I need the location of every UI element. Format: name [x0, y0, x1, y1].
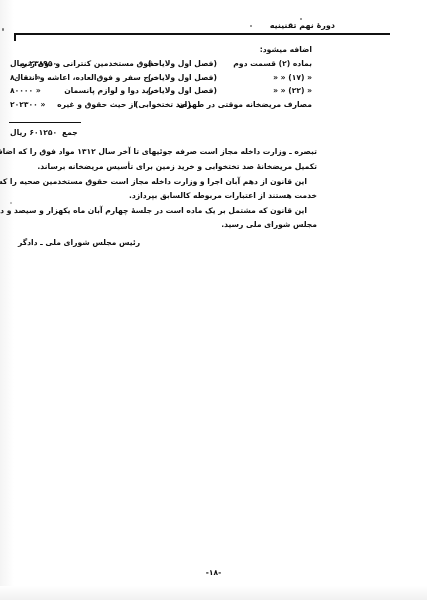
paragraph-line: این قانون که مشتمل بر یک ماده است در جلس… [0, 206, 307, 216]
running-title: دورهٔ نهم تقنینیه [270, 21, 335, 30]
paragraph-line: تبصره ـ وزارت داخله مجاز است صرفه جوئیها… [0, 147, 317, 157]
paragraph-line: تکمیل مریضخانهٔ صد تختخوابی و خرید زمین … [37, 162, 317, 172]
item-prefix: « (۱۷) « « [273, 73, 312, 83]
item-amount: « ۸۰۰۰۰ [10, 73, 41, 83]
sum-rule [9, 122, 81, 123]
item-amount: « ۸۰۰۰۰ [10, 86, 41, 96]
item-prefix: مصارف مریضخانه موقتی در طهران [178, 100, 312, 110]
total-label: جمع [62, 128, 78, 138]
paragraph-line: مجلس شورای ملی رسید. [221, 220, 317, 230]
scan-bottom-shadow [0, 586, 427, 600]
paragraph-line: این قانون از دهم آبان اجرا و وزارت داخله… [0, 177, 307, 187]
scan-speck [2, 28, 4, 31]
document-page: دورهٔ نهم تقنینیه اضافه میشود: بماده (۲)… [0, 0, 427, 600]
scan-speck [250, 25, 252, 27]
header-rule [14, 33, 390, 35]
item-prefix: بماده (۲) قسمت دوم [233, 59, 312, 69]
item-amount: ۲۳۸۹۵۰ ریال [10, 59, 57, 69]
page-number: -۱۸- [0, 568, 427, 577]
paragraph-line: خدمت هستند از اعتبارات مربوطه کالسابق بپ… [129, 191, 317, 201]
header-rule-tick [14, 33, 16, 41]
item-description: از حیث حقوق و غیره [57, 100, 136, 110]
item-amount: « ۲۰۲۳۰۰ [10, 100, 45, 110]
scan-speck [300, 18, 302, 20]
item-section: (صد تختخوابی) [135, 100, 191, 110]
item-prefix: « (۲۲) « « [273, 86, 312, 96]
scan-speck [10, 202, 12, 204]
item-description: خرید دوا و لوازم پانسمان [64, 86, 159, 96]
total-amount: ۶۰۱۲۵۰ ریال [10, 128, 57, 138]
signature: رئیس مجلس شورای ملی ـ دادگر [18, 238, 140, 248]
intro-label: اضافه میشود: [260, 45, 312, 55]
